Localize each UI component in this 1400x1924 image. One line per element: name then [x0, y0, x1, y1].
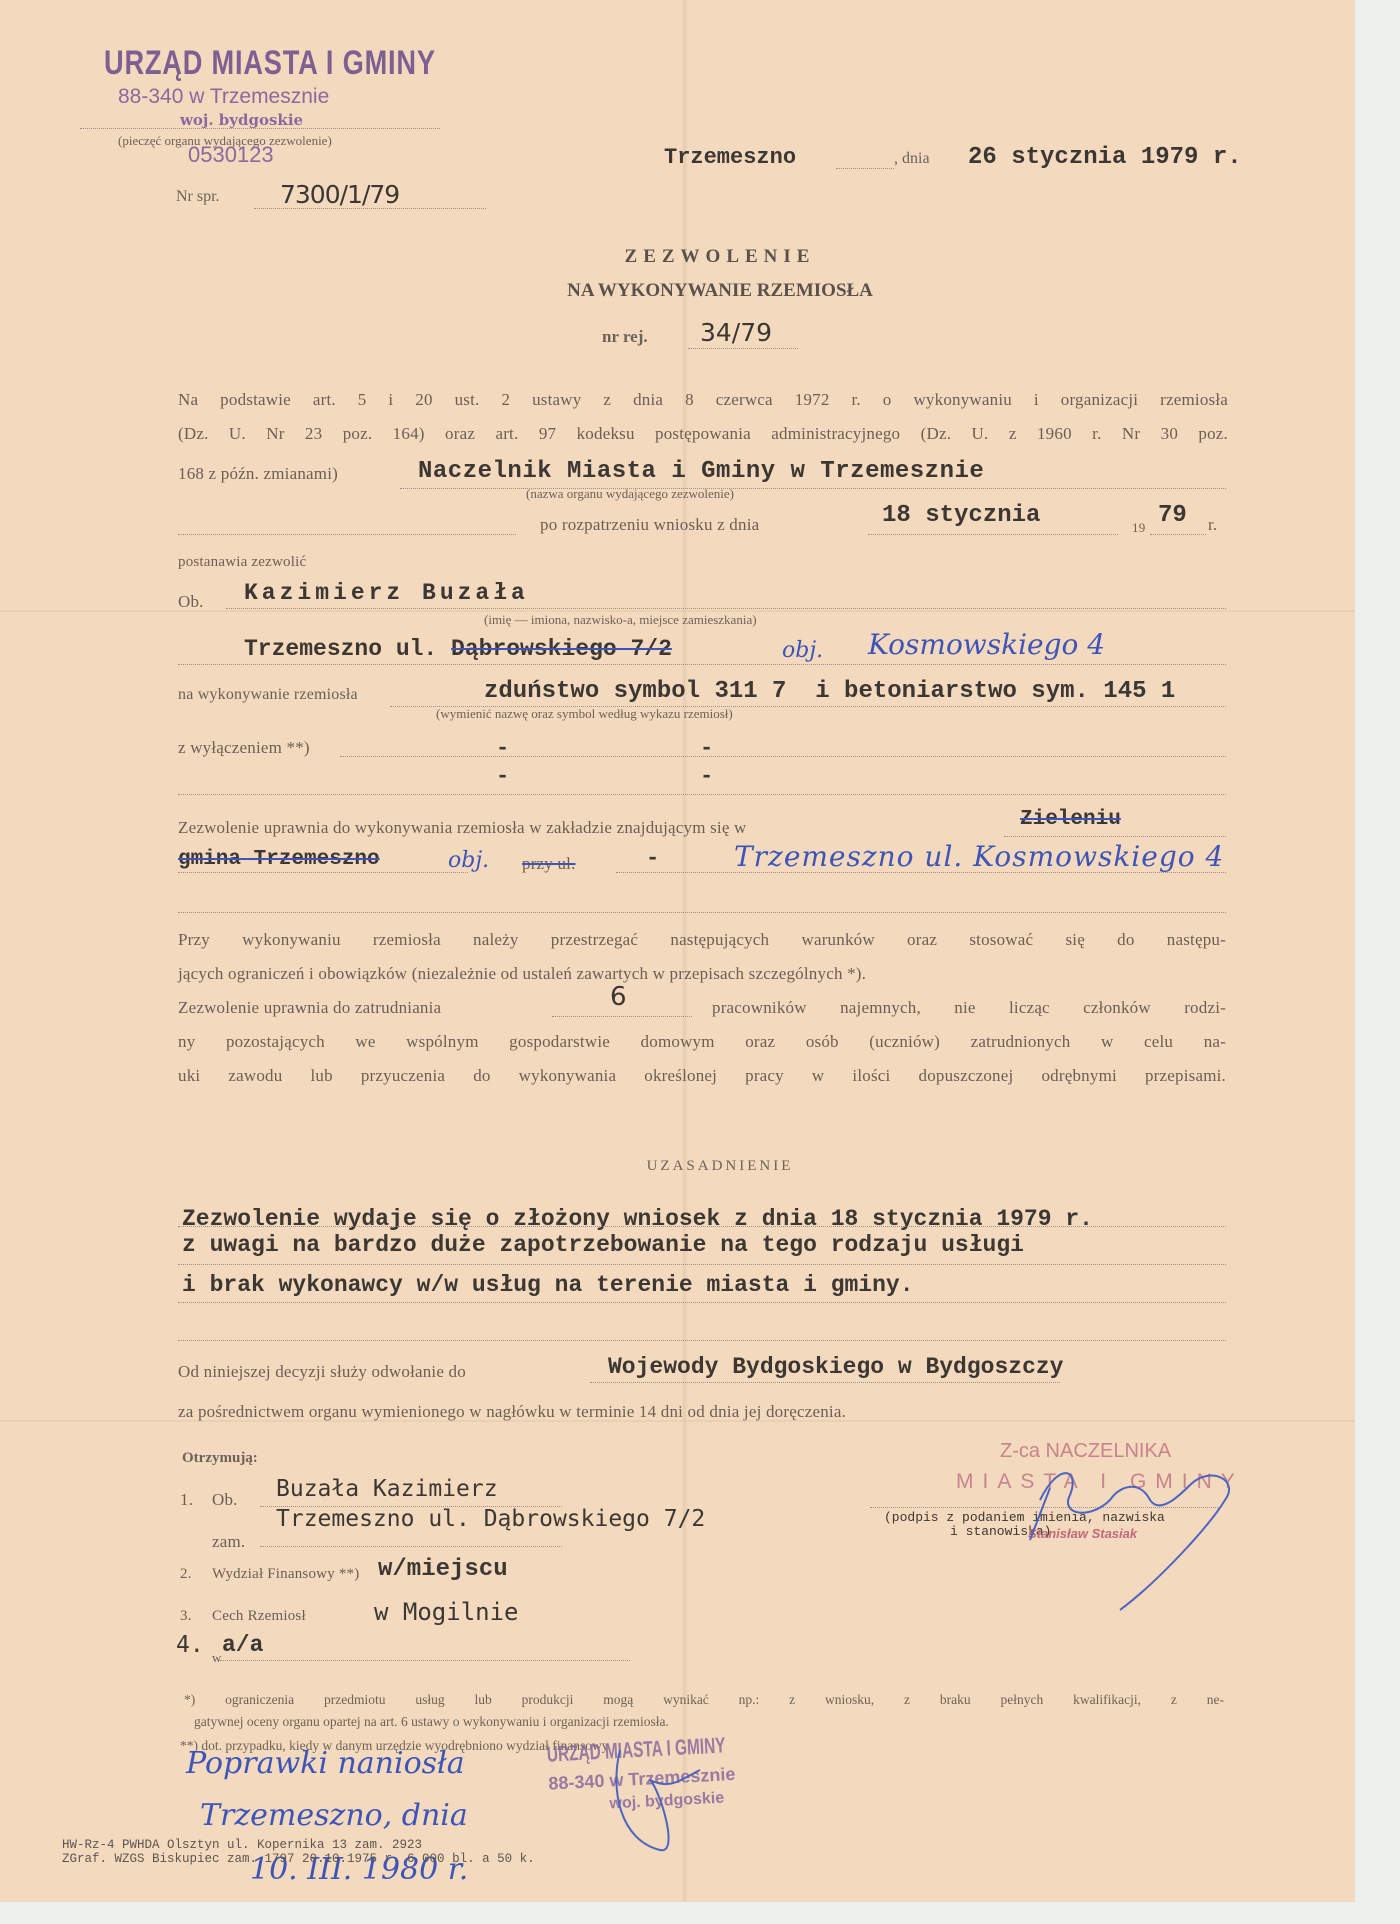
appeal-authority-value: Wojewody Bydgoskiego w Bydgoszczy [608, 1354, 1063, 1380]
conditions-line-2: jących ograniczeń i obowiązków (niezależ… [178, 964, 866, 984]
workshop-correction-mark: obj. [448, 848, 489, 873]
recipient-4-dotted-line [220, 1660, 630, 1661]
document-title: ZEZWOLENIE [480, 246, 960, 268]
citizen-label: Ob. [178, 592, 204, 612]
footnote-1-line-1: *) ograniczenia przedmiotu usług lub pro… [184, 1692, 1224, 1708]
citizen-name-value: Kazimierz Buzała [244, 580, 529, 606]
authority-value: Naczelnik Miasta i Gminy w Trzemesznie [418, 458, 984, 485]
recipient-4-value: a/a [222, 1632, 263, 1658]
citizen-caption: (imię — imiona, nazwisko-a, miejsce zami… [484, 612, 757, 628]
employ-dotted-line [552, 1016, 692, 1017]
exclusion-value: - [496, 764, 509, 789]
employ-label: Zezwolenie uprawnia do zatrudniania [178, 998, 441, 1018]
address-struck-out: Dąbrowskiego 7/2 [451, 636, 672, 662]
workshop-struck-gmina: gmina Trzemeszno [178, 848, 380, 871]
craft-label: na wykonywanie rzemiosła [178, 686, 358, 704]
recipient-1-sublabel: zam. [212, 1532, 245, 1552]
authority-dotted-line [400, 488, 1226, 489]
issue-date-value: 26 stycznia 1979 r. [968, 144, 1242, 171]
justification-line-3: i brak wykonawcy w/w usług na terenie mi… [182, 1272, 914, 1298]
craft-value: zduństwo symbol 311 7 i betoniarstwo sym… [484, 678, 1175, 705]
justification-line-1: Zezwolenie wydaje się o złożony wniosek … [182, 1206, 1093, 1232]
case-number-label: Nr spr. [176, 188, 220, 206]
stamp-line-3: woj. bydgoskie [180, 111, 519, 129]
employ-value: 6 [610, 982, 627, 1012]
recipient-3-number: 3. [180, 1608, 192, 1625]
recipient-1-address-dotted-line [260, 1546, 562, 1547]
recipient-2-label: Wydział Finansowy **) [212, 1566, 359, 1583]
exclusion-dotted-line-1 [340, 756, 1226, 757]
recipient-2-number: 2. [180, 1566, 192, 1583]
legal-basis-line-3: 168 z późn. zmianami) [178, 464, 338, 484]
citizen-dotted-line [226, 608, 1226, 609]
craft-caption: (wymienić nazwę oraz symbol według wykaz… [436, 706, 733, 722]
legal-basis-line-1: Na podstawie art. 5 i 20 ust. 2 ustawy z… [178, 390, 1228, 410]
legal-basis-line-2: (Dz. U. Nr 23 poz. 164) oraz art. 97 kod… [178, 424, 1228, 444]
correction-note-line-1: Poprawki naniosła [186, 1746, 465, 1781]
workshop-dotted-line-3 [178, 912, 1226, 913]
employ-line-1-suffix: pracowników najemnych, nie licząc członk… [712, 998, 1226, 1018]
date-label: , dnia [894, 150, 930, 168]
workshop-street-label: przy ul. [522, 854, 576, 874]
registration-dotted-line [688, 348, 798, 349]
application-year-suffix: r. [1208, 515, 1217, 535]
imprint-line-1: HW-Rz-4 PWHDA Olsztyn ul. Kopernika 13 z… [62, 1838, 422, 1852]
workshop-dotted-line-1 [1004, 836, 1226, 837]
workshop-street-value: - [646, 846, 659, 871]
workshop-street-label-text: przy ul. [522, 854, 576, 873]
address-street-prefix: Trzemeszno ul. [244, 636, 437, 662]
justification-heading: UZASADNIENIE [480, 1158, 960, 1175]
application-year-dotted-line [1150, 534, 1206, 535]
address-typed: Trzemeszno ul. Dąbrowskiego 7/2 [244, 636, 672, 662]
exclusion-value: - [496, 736, 509, 761]
registration-value: 34/79 [700, 318, 772, 347]
stamp-dotted-line [80, 128, 440, 129]
stamp-number: 0530123 [188, 142, 274, 168]
issuer-stamp: URZĄD MIASTA I GMINY 88-340 w Trzemeszni… [104, 44, 519, 129]
exclusion-label: z wyłączeniem **) [178, 738, 310, 758]
workshop-dotted-line-2 [178, 872, 468, 873]
recipient-3-label: Cech Rzemiosł [212, 1608, 306, 1625]
justification-dotted-line-2 [178, 1264, 1226, 1265]
application-year-prefix: 19 [1132, 520, 1145, 536]
application-year-value: 79 [1158, 502, 1187, 529]
appeal-dotted-line [590, 1382, 1060, 1383]
recipient-1-label: Ob. [212, 1490, 238, 1510]
document-subtitle: NA WYKONYWANIE RZEMIOSŁA [420, 280, 1020, 302]
stamp-line-1: URZĄD MIASTA I GMINY [104, 44, 436, 83]
recipient-4-label: w [212, 1650, 222, 1666]
registration-label: nr rej. [602, 327, 648, 347]
appeal-label: Od niniejszej decyzji służy odwołanie do [178, 1362, 466, 1382]
address-handwritten: Kosmowskiego 4 [868, 628, 1105, 661]
address-dotted-line [178, 664, 1226, 665]
justification-line-2: z uwagi na bardzo duże zapotrzebowanie n… [182, 1232, 1024, 1258]
exclusion-dotted-line-2 [178, 794, 1226, 795]
recipient-2-value: w/miejscu [378, 1556, 508, 1583]
stamp-line-2: 88-340 w Trzemesznie [118, 85, 519, 109]
application-date-value: 18 stycznia [882, 502, 1040, 529]
correction-signature-icon [600, 1720, 720, 1860]
exclusion-value: - [700, 736, 713, 761]
recipient-4-number: 4. [176, 1632, 204, 1658]
conditions-line-1: Przy wykonywaniu rzemiosła należy przest… [178, 930, 1226, 950]
decides-label: postanawia zezwolić [178, 554, 306, 571]
justification-dotted-line-1 [178, 1226, 1226, 1227]
place-dotted-line [836, 168, 894, 169]
case-number-value: 7300/1/79 [280, 180, 399, 209]
workshop-struck-locality: Zieleniu [1020, 808, 1121, 831]
justification-dotted-line-4 [178, 1340, 1226, 1341]
handwritten-signature-icon [1000, 1440, 1260, 1620]
justification-dotted-line-3 [178, 1302, 1226, 1303]
application-dotted-line-left [178, 534, 516, 535]
correction-note-line-2: Trzemeszno, dnia [200, 1798, 468, 1833]
recipients-heading: Otrzymują: [182, 1450, 258, 1467]
place-value: Trzemeszno [664, 145, 796, 170]
exclusion-value: - [700, 764, 713, 789]
recipient-3-value: w Mogilnie [374, 1598, 519, 1626]
employ-line-3: uki zawodu lub przyuczenia do wykonywani… [178, 1066, 1226, 1086]
footnote-1-line-2: gatywnej oceny organu opartej na art. 6 … [194, 1714, 669, 1730]
recipient-1-name: Buzała Kazimierz [276, 1476, 498, 1502]
workshop-handwritten-address: Trzemeszno ul. Kosmowskiego 4 [734, 840, 1224, 873]
appeal-line-2: za pośrednictwem organu wymienionego w n… [178, 1402, 846, 1422]
workshop-label: Zezwolenie uprawnia do wykonywania rzemi… [178, 818, 747, 838]
recipient-1-address: Trzemeszno ul. Dąbrowskiego 7/2 [276, 1506, 705, 1532]
address-correction-mark: obj. [782, 638, 823, 663]
application-label: po rozpatrzeniu wniosku z dnia [540, 515, 759, 535]
employ-line-2: ny pozostających we wspólnym gospodarstw… [178, 1032, 1226, 1052]
authority-caption: (nazwa organu wydającego zezwolenie) [526, 486, 734, 502]
document-page: URZĄD MIASTA I GMINY 88-340 w Trzemeszni… [0, 0, 1355, 1902]
recipient-1-number: 1. [180, 1490, 193, 1510]
application-date-dotted-line [868, 534, 1118, 535]
imprint-line-2: ZGraf. WZGS Biskupiec zam. 1797 20.10.19… [62, 1852, 535, 1866]
